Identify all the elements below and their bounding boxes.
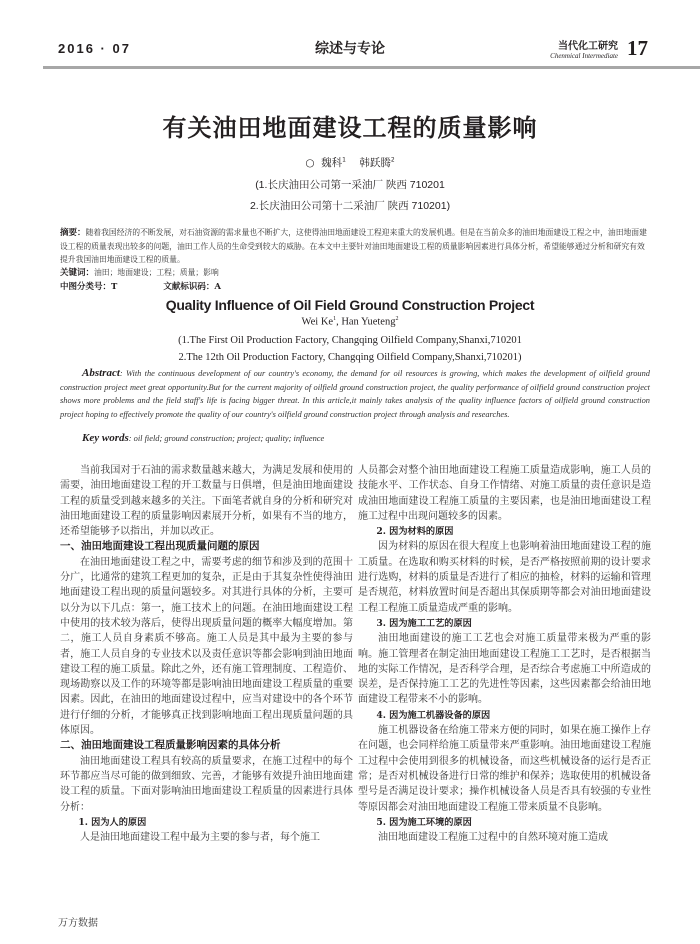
- author-affiliation-mark: 1: [333, 316, 336, 322]
- body-paragraph: 在油田地面建设工程之中，需要考虑的细节和涉及到的范围十分广，比通常的建筑工程更加…: [60, 555, 353, 739]
- subsection-heading: 3. 因为施工工艺的原因: [358, 616, 651, 631]
- abstract-en-text: : With the continuous development of our…: [60, 369, 650, 419]
- watermark: 万方数据: [58, 914, 98, 929]
- keywords-cn: 关键词：油田；地面建设；工程；质量；影响: [60, 266, 219, 278]
- circle-marker-icon: ○: [305, 157, 314, 169]
- author-name-en: Wei Ke: [302, 317, 334, 328]
- paper-title-en: Quality Influence of Oil Field Ground Co…: [0, 297, 700, 313]
- keywords-en-text: : oil field; ground construction; projec…: [129, 434, 324, 443]
- intro-paragraph: 当前我国对于石油的需求数量越来越大，为满足发展和使用的需要，油田地面建设工程的开…: [60, 463, 353, 539]
- journal-name-en: Chenmical Intermediate: [550, 52, 618, 60]
- keywords-en: Key words: oil field; ground constructio…: [82, 432, 324, 444]
- affiliation: (1.长庆油田公司第一采油厂 陕西 710201: [0, 177, 700, 192]
- abstract-en: Abstract: With the continuous developmen…: [60, 367, 650, 421]
- author-name-en: Han Yueteng: [341, 317, 395, 328]
- author-affiliation-mark: 1: [342, 157, 346, 164]
- abstract-cn: 摘要：随着我国经济的不断发展，对石油资源的需求量也不断扩大，这使得油田地面建设工…: [60, 226, 650, 267]
- body-paragraph: 因为材料的原因在很大程度上也影响着油田地面建设工程的施工质量。在选取和购买材料的…: [358, 539, 651, 615]
- classification-line: 中图分类号：T文献标识码：A: [60, 280, 221, 292]
- body-paragraph: 油田地面建设工程施工过程中的自然环境对施工造成: [358, 830, 651, 845]
- keywords-cn-label: 关键词：: [60, 268, 94, 278]
- body-paragraph: 人是油田地面建设工程中最为主要的参与者，每个施工: [60, 830, 353, 845]
- author-name: 韩跃腾: [359, 157, 391, 169]
- affiliation: 2.长庆油田公司第十二采油厂 陕西 710201): [0, 198, 700, 213]
- document-code: 文献标识码：A: [163, 282, 221, 292]
- author-line: ○ 魏科1 韩跃腾2: [0, 155, 700, 170]
- subsection-heading: 2. 因为材料的原因: [358, 524, 651, 539]
- abstract-en-label: Abstract: [82, 367, 120, 379]
- body-paragraph: 人员都会对整个油田地面建设工程施工质量造成影响，施工人员的技能水平、工作状态、自…: [358, 463, 651, 524]
- paper-title: 有关油田地面建设工程的质量影响: [0, 108, 700, 143]
- keywords-en-label: Key words: [82, 432, 129, 444]
- section-heading: 二、油田地面建设工程质量影响因素的具体分析: [60, 738, 353, 753]
- journal-name-cn: 当代化工研究: [558, 37, 618, 52]
- subsection-heading: 5. 因为施工环境的原因: [358, 815, 651, 830]
- author-name: 魏科: [321, 157, 342, 169]
- body-column-right: 人员都会对整个油田地面建设工程施工质量造成影响，施工人员的技能水平、工作状态、自…: [358, 463, 651, 845]
- abstract-cn-text: 随着我国经济的不断发展，对石油资源的需求量也不断扩大，这使得油田地面建设工程迎来…: [60, 228, 647, 264]
- subsection-heading: 1. 因为人的原因: [60, 815, 353, 830]
- keywords-cn-text: 油田；地面建设；工程；质量；影响: [94, 268, 219, 277]
- affiliation-en: 2.The 12th Oil Production Factory, Chang…: [0, 352, 700, 363]
- body-paragraph: 油田地面建设工程具有较高的质量要求，在施工过程中的每个环节都应当尽可能的做到细致…: [60, 754, 353, 815]
- body-paragraph: 油田地面建设的施工工艺也会对施工质量带来极为严重的影响。施工管理者在制定油田地面…: [358, 631, 651, 707]
- header-divider: [43, 66, 700, 69]
- section-heading: 一、油田地面建设工程出现质量问题的原因: [60, 539, 353, 554]
- subsection-heading: 4. 因为施工机器设备的原因: [358, 708, 651, 723]
- page-number: 17: [627, 36, 648, 61]
- abstract-cn-label: 摘要：: [60, 228, 86, 238]
- body-column-left: 当前我国对于石油的需求数量越来越大，为满足发展和使用的需要，油田地面建设工程的开…: [60, 463, 353, 845]
- author-affiliation-mark: 2: [391, 157, 395, 164]
- clc-number: 中图分类号：T: [60, 282, 117, 292]
- author-affiliation-mark: 2: [395, 316, 398, 322]
- affiliation-en: (1.The First Oil Production Factory, Cha…: [0, 335, 700, 346]
- author-line-en: Wei Ke1, Han Yueteng2: [0, 316, 700, 328]
- body-paragraph: 施工机器设备在给施工带来方便的同时，如果在施工操作上存在问题，也会同样给施工质量…: [358, 723, 651, 815]
